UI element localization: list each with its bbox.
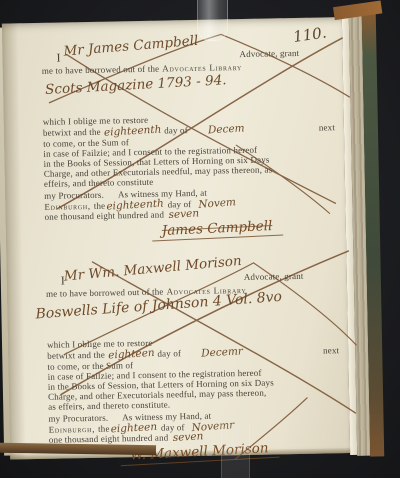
the-text: the xyxy=(98,424,110,434)
day-of-text: day of xyxy=(164,125,188,135)
day-of-text: day of xyxy=(157,348,181,358)
register-page: 110. I Mr James Campbell Advocate, grant… xyxy=(2,17,350,459)
year-pre-text: one thousand eight hundred and xyxy=(44,210,164,222)
handwritten-signature: James Campbell xyxy=(152,218,283,242)
borrowed-line-text: me to have borrowed out of the xyxy=(42,64,160,76)
handwritten-borrower-name: Mr Wm. Maxwell Morison xyxy=(63,253,242,285)
next-text: next xyxy=(319,122,335,132)
betwixt-text: betwixt and the xyxy=(43,127,101,138)
betwixt-text: betwixt and the xyxy=(47,350,105,361)
photograph-background: 110. I Mr James Campbell Advocate, grant… xyxy=(0,0,400,478)
library-name: Advocates Library xyxy=(162,62,242,74)
handwritten-year: seven xyxy=(173,432,204,443)
handwritten-year: seven xyxy=(169,209,200,220)
borrow-entry-morison: I Mr Wm. Maxwell Morison Advocate, grant… xyxy=(6,246,350,468)
opening-pre-text: I xyxy=(56,51,60,66)
witness-text: As witness my Hand, at xyxy=(122,411,211,423)
the-text: the xyxy=(94,201,106,211)
handwritten-due-month: Decem xyxy=(208,124,245,135)
borrow-entry-campbell: I Mr James Campbell Advocate, grant me t… xyxy=(2,23,346,245)
opening-post-text: Advocate, grant xyxy=(244,271,304,282)
handwritten-due-month: Decemr xyxy=(201,347,243,358)
page-holder-strap-bottom xyxy=(221,424,250,478)
opening-post-text: Advocate, grant xyxy=(239,48,299,59)
procurators-text: my Procurators. xyxy=(44,190,104,201)
next-text: next xyxy=(323,345,339,355)
handwritten-borrower-name: Mr James Campbell xyxy=(63,33,199,60)
handwritten-due-day: eighteen xyxy=(108,349,155,360)
register-book: 110. I Mr James Campbell Advocate, grant… xyxy=(2,10,384,463)
handwritten-book-title: Scots Magazine 1793 - 94. xyxy=(45,72,227,98)
borrowed-line-text: me to have borrowed out of the xyxy=(46,287,164,299)
page-holder-strap-top xyxy=(197,0,228,41)
procurators-text: my Procurators. xyxy=(48,413,108,424)
